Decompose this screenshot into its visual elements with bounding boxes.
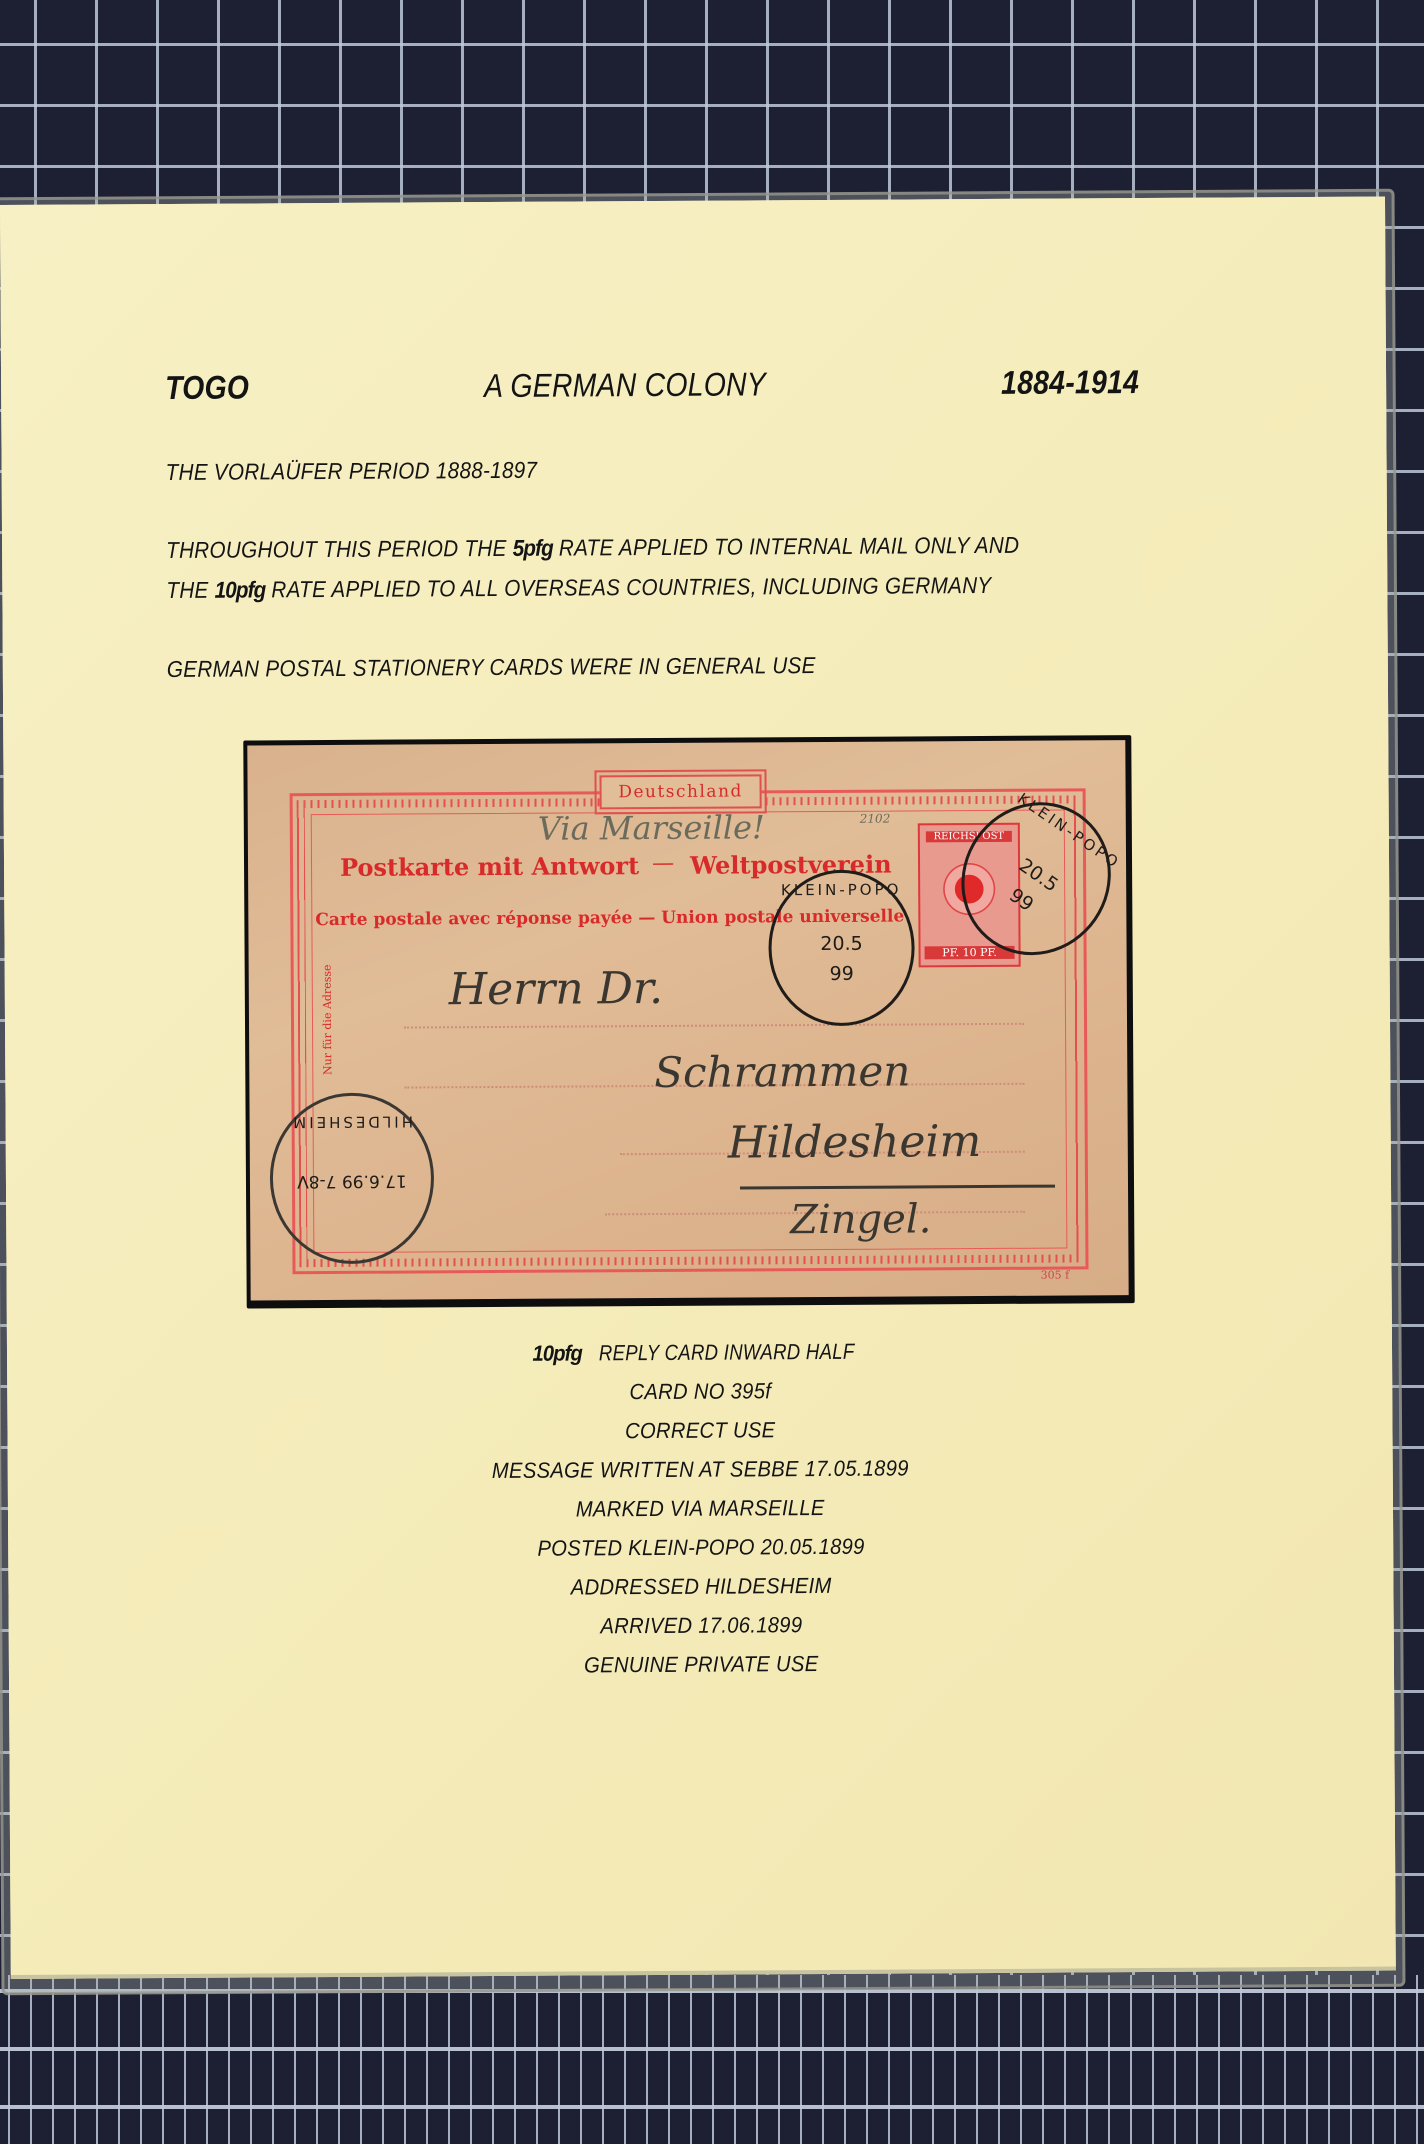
rate-text-line-1: THROUGHOUT THIS PERIOD THE 5pfg RATE APP… bbox=[166, 532, 1019, 564]
period-heading: THE VORLAÜFER PERIOD 1888-1897 bbox=[166, 457, 538, 486]
header-country: TOGO bbox=[165, 368, 249, 407]
desc-text: POSTED KLEIN-POPO 20.05.1899 bbox=[537, 1527, 864, 1568]
postmark-date: 20.5 bbox=[771, 932, 911, 955]
address-city: Hildesheim bbox=[728, 1116, 982, 1169]
header-years: 1884-1914 bbox=[1001, 363, 1139, 402]
print-number: 305 f bbox=[1041, 1268, 1070, 1281]
desc-text: ADDRESSED HILDESHEIM bbox=[570, 1566, 831, 1607]
postmark-date: 17.6.99 7-8V bbox=[273, 1170, 431, 1191]
rate-line-2-prefix: THE bbox=[166, 577, 208, 603]
desc-rate: 10pfg bbox=[533, 1340, 583, 1365]
desc-text: CARD NO 395f bbox=[629, 1371, 771, 1411]
stationery-note: GERMAN POSTAL STATIONERY CARDS WERE IN G… bbox=[167, 652, 816, 683]
address-street: Zingel. bbox=[790, 1196, 931, 1243]
postmark-hildesheim: HILDESHEIM 17.6.99 7-8V bbox=[269, 1092, 434, 1264]
handwritten-via-marseille: Via Marseille! bbox=[538, 808, 765, 847]
desc-text: GENUINE PRIVATE USE bbox=[584, 1644, 819, 1684]
desc-text: ARRIVED 17.06.1899 bbox=[600, 1605, 802, 1645]
postmark-year: 99 bbox=[772, 962, 912, 985]
card-title-german: Postkarte mit Antwort bbox=[340, 851, 639, 882]
rate-10pfg: 10pfg bbox=[215, 576, 266, 602]
card-mount: Deutschland Postkarte mit Antwort — Welt… bbox=[243, 735, 1134, 1308]
postmark-klein-popo-1: KLEIN-POPO 20.5 99 bbox=[768, 869, 915, 1026]
rate-line-1-suffix: RATE APPLIED TO INTERNAL MAIL ONLY AND bbox=[559, 532, 1020, 561]
postal-card: Deutschland Postkarte mit Antwort — Welt… bbox=[247, 740, 1128, 1300]
title-separator: — bbox=[652, 851, 674, 876]
desc-text: MESSAGE WRITTEN AT SEBBE 17.05.1899 bbox=[492, 1448, 909, 1490]
pencil-note: 2102 bbox=[860, 812, 891, 826]
desc-row: GENUINE PRIVATE USE bbox=[9, 1641, 1394, 1688]
desc-text: CORRECT USE bbox=[625, 1410, 776, 1450]
rate-line-1-prefix: THROUGHOUT THIS PERIOD THE bbox=[166, 535, 507, 563]
card-description: 10pfg REPLY CARD INWARD HALF CARD NO 395… bbox=[7, 1329, 1394, 1688]
postmark-town: HILDESHEIM bbox=[273, 1112, 431, 1131]
rate-5pfg: 5pfg bbox=[513, 535, 553, 561]
country-banner: Deutschland bbox=[599, 774, 761, 809]
address-recipient: Herrn Dr. bbox=[449, 963, 664, 1015]
postmark-town: KLEIN-POPO bbox=[771, 880, 911, 899]
desc-text: REPLY CARD INWARD HALF bbox=[599, 1332, 855, 1373]
rate-text-line-2: THE 10pfg RATE APPLIED TO ALL OVERSEAS C… bbox=[166, 572, 991, 604]
header-title: A GERMAN COLONY bbox=[484, 365, 766, 405]
background-grid-fine bbox=[0, 1975, 1424, 2144]
desc-text: MARKED VIA MARSEILLE bbox=[576, 1488, 825, 1529]
address-side-note: Nur für die Adresse bbox=[321, 964, 335, 1075]
rate-line-2-suffix: RATE APPLIED TO ALL OVERSEAS COUNTRIES, … bbox=[271, 572, 991, 602]
album-page: TOGO A GERMAN COLONY 1884-1914 THE VORLA… bbox=[0, 197, 1396, 1979]
address-name: Schrammen bbox=[654, 1046, 910, 1097]
